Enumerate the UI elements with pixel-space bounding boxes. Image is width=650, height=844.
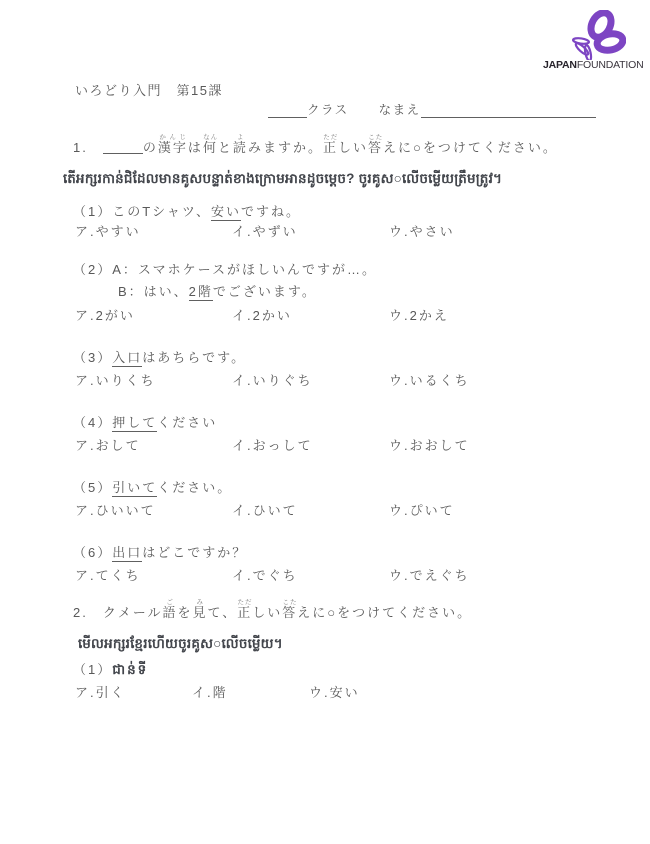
choice-b: イ.でぐち <box>232 565 389 584</box>
logo-wordmark: JAPANFOUNDATION <box>543 59 643 71</box>
s1-question-4-line: （4）押してください <box>73 414 217 434</box>
choice-a: ア.てくち <box>75 565 232 584</box>
section2-khmer-instruction: មើលអក្សរខ្មែរហើយចូរគូស○លើចម្លើយ។ <box>78 635 283 655</box>
s1-question-2-choices: ア.2がい イ.2かい ウ.2かえ <box>75 305 546 324</box>
s1-question-4-choices: ア.おして イ.おっして ウ.おおして <box>75 435 546 454</box>
name-label: なまえ <box>379 100 421 118</box>
choice-b: イ.階 <box>192 682 309 701</box>
s1-question-3-choices: ア.いりくち イ.いりぐち ウ.いるくち <box>75 370 546 389</box>
section2-heading: 2. クメール語ごを見みて、正ただしい答こたえに○をつけてください。 <box>73 597 472 621</box>
s1-question-3-line: （3）入口はあちらです。 <box>73 349 246 369</box>
choice-a: ア.おして <box>75 435 232 454</box>
japan-foundation-logo <box>570 10 626 65</box>
name-blank <box>421 104 596 118</box>
section1-heading: 1. の漢字かんじは何なんと読よみますか。正ただしい答こたえに○をつけてください… <box>73 131 558 156</box>
s2-question-1-choices: ア.引く イ.階 ウ.安い <box>75 682 426 701</box>
s2-question-1-line: （1）ជាន់ទី <box>73 661 148 681</box>
section1-khmer-instruction: តើអក្សរកាន់ជិដែលមានគូសបន្ទាត់ខាងក្រោមអាន… <box>63 170 502 190</box>
choice-b: イ.やずい <box>232 221 389 240</box>
choice-a: ア.引く <box>75 682 192 701</box>
class-name-row: クラスなまえ <box>268 100 596 118</box>
s1-question-5-choices: ア.ひいいて イ.ひいて ウ.ぴいて <box>75 500 546 519</box>
doc-title: いろどり入門 第15課 <box>75 80 223 99</box>
choice-a: ア.やすい <box>75 221 232 240</box>
choice-b: イ.ひいて <box>232 500 389 519</box>
s1-question-6-line: （6）出口はどこですか？ <box>73 544 247 564</box>
s1-question-6-choices: ア.てくち イ.でぐち ウ.でえぐち <box>75 565 546 584</box>
s1-question-1-choices: ア.やすい イ.やずい ウ.やさい <box>75 221 546 240</box>
choice-c: ウ.2かえ <box>389 305 546 324</box>
worksheet-page: JAPANFOUNDATION いろどり入門 第15課 クラスなまえ 1. の漢… <box>0 0 650 844</box>
s1-question-2-line-b: B：はい、2階でございます。 <box>73 283 317 303</box>
choice-c: ウ.でえぐち <box>389 565 546 584</box>
s1-question-1-line: （1）このTシャツ、安いですね。 <box>73 203 301 223</box>
choice-c: ウ.安い <box>309 682 426 701</box>
s1-question-2-line-a: （2）A：スマホケースがほしいんですが…。 <box>73 261 377 281</box>
class-blank <box>268 104 307 118</box>
choice-a: ア.ひいいて <box>75 500 232 519</box>
logo-wordmark-foundation: FOUNDATION <box>577 59 644 71</box>
class-label: クラス <box>307 100 349 118</box>
choice-b: イ.いりぐち <box>232 370 389 389</box>
choice-c: ウ.やさい <box>389 221 546 240</box>
s1-question-5-line: （5）引いてください。 <box>73 479 232 499</box>
choice-c: ウ.ぴいて <box>389 500 546 519</box>
choice-c: ウ.いるくち <box>389 370 546 389</box>
choice-b: イ.おっして <box>232 435 389 454</box>
choice-a: ア.2がい <box>75 305 232 324</box>
choice-c: ウ.おおして <box>389 435 546 454</box>
choice-a: ア.いりくち <box>75 370 232 389</box>
logo-butterfly-icon <box>570 10 626 60</box>
logo-wordmark-japan: JAPAN <box>543 59 577 71</box>
choice-b: イ.2かい <box>232 305 389 324</box>
fill-in-blank <box>103 140 143 154</box>
